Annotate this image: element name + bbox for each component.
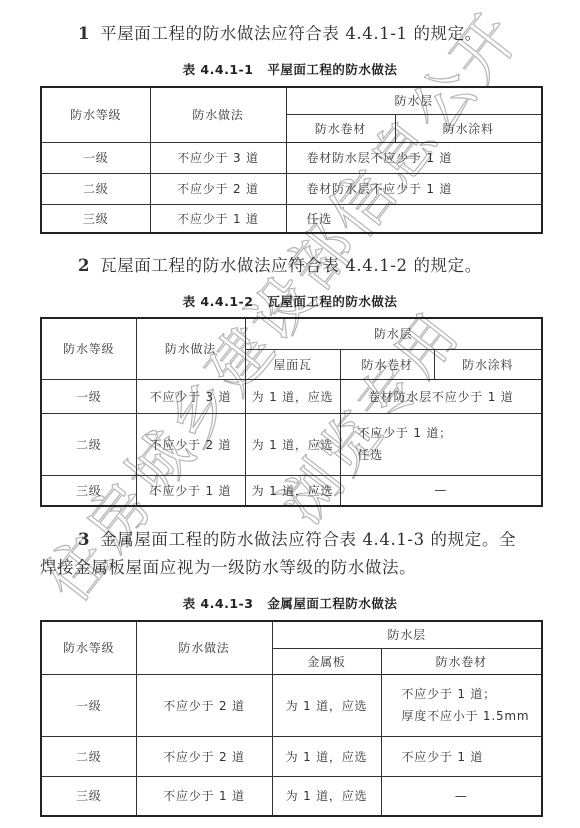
table-row: 三级 不应少于 1 道 为 1 道，应选 — xyxy=(41,776,542,816)
cell-grade: 一级 xyxy=(41,142,150,173)
header-roof-tile: 屋面瓦 xyxy=(245,349,340,379)
header-membrane: 防水卷材 xyxy=(340,349,434,379)
paragraph-2: 2瓦屋面工程的防水做法应符合表 4.4.1-2 的规定。 xyxy=(78,252,482,276)
cell-method: 不应少于 1 道 xyxy=(136,776,272,816)
table-row: 二级 不应少于 2 道 卷材防水层不应少于 1 道 xyxy=(41,173,542,204)
paragraph-1: 1平屋面工程的防水做法应符合表 4.4.1-1 的规定。 xyxy=(78,20,482,44)
paragraph-number: 2 xyxy=(78,256,90,275)
table-row: 三级 不应少于 1 道 任选 xyxy=(41,204,542,233)
header-layer: 防水层 xyxy=(245,318,542,349)
table-tile-roof: 防水等级 防水做法 防水层 屋面瓦 防水卷材 防水涂料 一级 不应少于 3 道 … xyxy=(40,317,543,507)
paragraph-text: 金属屋面工程的防水做法应符合表 4.4.1-3 的规定。全 xyxy=(100,530,516,549)
cell-layer: — xyxy=(340,475,542,506)
cell-metal: 为 1 道，应选 xyxy=(272,776,381,816)
cell-layer: 卷材防水层不应少于 1 道 xyxy=(286,142,542,173)
cell-method: 不应少于 2 道 xyxy=(136,413,245,475)
cell-grade: 二级 xyxy=(41,173,150,204)
cell-tile: 为 1 道，应选 xyxy=(245,379,340,413)
cell-membrane: — xyxy=(381,776,542,816)
cell-layer-line-1: 不应少于 1 道； xyxy=(358,422,538,444)
caption-title: 金属屋面工程防水做法 xyxy=(267,596,397,611)
cell-grade: 二级 xyxy=(41,413,136,475)
table-row: 二级 不应少于 2 道 为 1 道，应选 不应少于 1 道； 任选 xyxy=(41,413,542,475)
cell-grade: 三级 xyxy=(41,776,136,816)
paragraph-text: 平屋面工程的防水做法应符合表 4.4.1-1 的规定。 xyxy=(100,24,482,43)
table-caption-1: 表 4.4.1-1平屋面工程的防水做法 xyxy=(0,60,580,78)
cell-grade: 一级 xyxy=(41,379,136,413)
cell-membrane-line-1: 不应少于 1 道； xyxy=(402,683,538,705)
table-caption-3: 表 4.4.1-3金属屋面工程防水做法 xyxy=(0,594,580,612)
header-grade: 防水等级 xyxy=(41,621,136,674)
table-row: 一级 不应少于 3 道 为 1 道，应选 卷材防水层不应少于 1 道 xyxy=(41,379,542,413)
cell-metal: 为 1 道，应选 xyxy=(272,674,381,736)
table-row: 一级 不应少于 3 道 卷材防水层不应少于 1 道 xyxy=(41,142,542,173)
paragraph-number: 1 xyxy=(78,24,90,43)
cell-method: 不应少于 2 道 xyxy=(150,173,286,204)
cell-grade: 二级 xyxy=(41,736,136,776)
caption-title: 瓦屋面工程的防水做法 xyxy=(267,294,397,309)
header-grade: 防水等级 xyxy=(41,87,150,142)
paragraph-text: 瓦屋面工程的防水做法应符合表 4.4.1-2 的规定。 xyxy=(100,256,482,275)
header-method: 防水做法 xyxy=(150,87,286,142)
caption-title: 平屋面工程的防水做法 xyxy=(267,62,397,77)
cell-grade: 三级 xyxy=(41,204,150,233)
header-method: 防水做法 xyxy=(136,318,245,379)
header-coating: 防水涂料 xyxy=(434,349,542,379)
table-row: 二级 不应少于 2 道 为 1 道，应选 不应少于 1 道 xyxy=(41,736,542,776)
cell-layer: 卷材防水层不应少于 1 道 xyxy=(340,379,542,413)
caption-number: 表 4.4.1-2 xyxy=(183,294,254,309)
paragraph-3-continuation: 焊接金属板屋面应视为一级防水等级的防水做法。 xyxy=(40,554,416,578)
caption-number: 表 4.4.1-1 xyxy=(183,62,254,77)
cell-membrane-line-2: 厚度不应小于 1.5mm xyxy=(402,705,538,727)
cell-method: 不应少于 3 道 xyxy=(150,142,286,173)
table-row: 一级 不应少于 2 道 为 1 道，应选 不应少于 1 道； 厚度不应小于 1.… xyxy=(41,674,542,736)
table-metal-roof: 防水等级 防水做法 防水层 金属板 防水卷材 一级 不应少于 2 道 为 1 道… xyxy=(40,620,543,817)
cell-membrane: 不应少于 1 道； 厚度不应小于 1.5mm xyxy=(381,674,542,736)
cell-method: 不应少于 1 道 xyxy=(150,204,286,233)
header-grade: 防水等级 xyxy=(41,318,136,379)
cell-method: 不应少于 2 道 xyxy=(136,736,272,776)
table-caption-2: 表 4.4.1-2瓦屋面工程的防水做法 xyxy=(0,292,580,310)
paragraph-text: 焊接金属板屋面应视为一级防水等级的防水做法。 xyxy=(40,558,416,577)
cell-layer: 任选 xyxy=(286,204,542,233)
table-flat-roof: 防水等级 防水做法 防水层 防水卷材 防水涂料 一级 不应少于 3 道 卷材防水… xyxy=(40,86,543,234)
cell-metal: 为 1 道，应选 xyxy=(272,736,381,776)
table-row: 三级 不应少于 1 道 为 1 道，应选 — xyxy=(41,475,542,506)
cell-grade: 三级 xyxy=(41,475,136,506)
cell-method: 不应少于 1 道 xyxy=(136,475,245,506)
cell-membrane: 不应少于 1 道 xyxy=(381,736,542,776)
header-coating: 防水涂料 xyxy=(395,114,542,142)
header-membrane: 防水卷材 xyxy=(286,114,395,142)
header-method: 防水做法 xyxy=(136,621,272,674)
cell-tile: 为 1 道，应选 xyxy=(245,413,340,475)
cell-method: 不应少于 2 道 xyxy=(136,674,272,736)
cell-tile: 为 1 道，应选 xyxy=(245,475,340,506)
paragraph-number: 3 xyxy=(78,530,90,549)
caption-number: 表 4.4.1-3 xyxy=(183,596,254,611)
cell-layer-line-2: 任选 xyxy=(358,444,538,466)
cell-method: 不应少于 3 道 xyxy=(136,379,245,413)
paragraph-3: 3金属屋面工程的防水做法应符合表 4.4.1-3 的规定。全 xyxy=(78,526,516,550)
cell-layer: 不应少于 1 道； 任选 xyxy=(340,413,542,475)
cell-grade: 一级 xyxy=(41,674,136,736)
cell-layer: 卷材防水层不应少于 1 道 xyxy=(286,173,542,204)
header-metal-panel: 金属板 xyxy=(272,648,381,674)
header-layer: 防水层 xyxy=(286,87,542,114)
header-layer: 防水层 xyxy=(272,621,542,648)
header-membrane: 防水卷材 xyxy=(381,648,542,674)
